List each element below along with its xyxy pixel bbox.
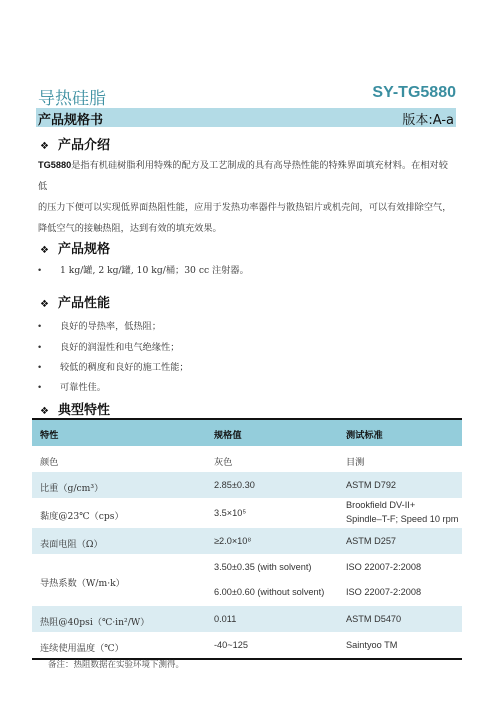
section-intro-heading: ❖产品介绍 — [40, 134, 110, 153]
product-title: 导热硅脂 — [38, 84, 106, 109]
list-item: •1 kg/罐, 2 kg/罐, 10 kg/桶；30 cc 注射器。 — [38, 262, 249, 276]
diamond-bullet-icon: ❖ — [40, 406, 52, 417]
list-item: •良好的导热率，低热阻； — [38, 318, 161, 332]
list-item: •良好的润湿性和电气绝缘性； — [38, 339, 179, 353]
cell-property: 表面电阻（Ω） — [40, 536, 103, 550]
cell-standard: Spindle–T-F; Speed 10 rpm — [346, 514, 458, 524]
cell-standard: 目测 — [346, 454, 364, 468]
properties-table: 特性 规格值 测试标准 颜色 灰色 目测 比重（g/cm³） 2.85±0.30… — [32, 418, 462, 660]
product-code: SY-TG5880 — [372, 84, 456, 102]
section-performance-heading: ❖产品性能 — [40, 292, 110, 311]
cell-standard: Brookfield DV-II+ — [346, 500, 415, 510]
cell-property: 导热系数（W/m·k） — [40, 575, 125, 589]
intro-paragraph: TG5880是指有机硅树脂利用特殊的配方及工艺制成的具有高导热性能的特殊界面填充… — [38, 155, 456, 239]
section-title: 产品性能 — [58, 296, 110, 311]
bullet-icon: • — [38, 342, 60, 352]
cell-property: 颜色 — [40, 454, 58, 468]
cell-value: 3.50±0.35 (with solvent) — [214, 562, 311, 572]
title-row: 导热硅脂 SY-TG5880 — [36, 84, 456, 106]
diamond-bullet-icon: ❖ — [40, 299, 52, 310]
list-item-text: 良好的润湿性和电气绝缘性； — [60, 342, 179, 353]
intro-line: 降低空气的接触热阻，达到有效的填充效果。 — [38, 218, 456, 239]
cell-value: 0.011 — [214, 614, 236, 624]
header-standard: 测试标准 — [346, 427, 383, 441]
list-item-text: 良好的导热率，低热阻； — [60, 321, 161, 332]
cell-property: 比重（g/cm³） — [40, 480, 103, 494]
list-item-text: 较低的稠度和良好的施工性能； — [60, 362, 189, 373]
bullet-icon: • — [38, 382, 60, 392]
cell-standard: ASTM D257 — [346, 536, 396, 546]
section-title: 产品介绍 — [58, 138, 110, 153]
diamond-bullet-icon: ❖ — [40, 141, 52, 152]
table-row: 热阻@40psi（℃·in²/W） 0.011 ASTM D5470 — [32, 606, 462, 632]
bullet-icon: • — [38, 265, 60, 275]
intro-line: 是指有机硅树脂利用特殊的配方及工艺制成的具有高导热性能的特殊界面填充材料。在相对… — [38, 160, 448, 192]
cell-standard: Saintyoo TM — [346, 640, 397, 650]
cell-property: 黏度@23℃（cps） — [40, 508, 124, 522]
table-header-row: 特性 规格值 测试标准 — [32, 420, 462, 446]
intro-line: 的压力下便可以实现低界面热阻性能，应用于发热功率器件与散热铝片或机壳间，可以有效… — [38, 197, 456, 218]
cell-standard: ISO 22007-2:2008 — [346, 587, 421, 597]
cell-value: 6.00±0.60 (without solvent) — [214, 587, 324, 597]
header-property: 特性 — [40, 427, 58, 441]
cell-property: 热阻@40psi（℃·in²/W） — [40, 614, 149, 628]
table-row: 连续使用温度（℃） -40~125 Saintyoo TM — [32, 632, 462, 658]
bullet-icon: • — [38, 321, 60, 331]
cell-property: 连续使用温度（℃） — [40, 640, 124, 654]
cell-value: -40~125 — [214, 640, 248, 650]
list-item: •可靠性佳。 — [38, 379, 106, 393]
product-model: TG5880 — [38, 160, 71, 170]
bullet-icon: • — [38, 362, 60, 372]
table-row: 导热系数（W/m·k） 3.50±0.35 (with solvent) ISO… — [32, 554, 462, 606]
table-row: 颜色 灰色 目测 — [32, 446, 462, 472]
list-item: •较低的稠度和良好的施工性能； — [38, 359, 189, 373]
section-spec-heading: ❖产品规格 — [40, 238, 110, 257]
section-title: 典型特性 — [58, 403, 110, 418]
section-title: 产品规格 — [58, 242, 110, 257]
cell-value: 灰色 — [214, 454, 232, 468]
cell-value: ≥2.0×10⁸ — [214, 536, 251, 546]
table-row: 黏度@23℃（cps） 3.5×10⁵ Brookfield DV-II+ Sp… — [32, 498, 462, 528]
list-item-text: 1 kg/罐, 2 kg/罐, 10 kg/桶；30 cc 注射器。 — [60, 265, 249, 276]
header-value: 规格值 — [214, 427, 242, 441]
diamond-bullet-icon: ❖ — [40, 245, 52, 256]
cell-value: 2.85±0.30 — [214, 480, 255, 490]
spec-bar: 产品规格书 版本:A-a — [36, 108, 456, 127]
cell-value: 3.5×10⁵ — [214, 508, 246, 518]
table-row: 比重（g/cm³） 2.85±0.30 ASTM D792 — [32, 472, 462, 498]
cell-standard: ISO 22007-2:2008 — [346, 562, 421, 572]
cell-standard: ASTM D5470 — [346, 614, 401, 624]
table-note: 备注：热阻数据在实验环境下测得。 — [48, 658, 184, 670]
version-label: 版本:A-a — [402, 109, 454, 128]
table-row: 表面电阻（Ω） ≥2.0×10⁸ ASTM D257 — [32, 528, 462, 554]
doc-type: 产品规格书 — [38, 109, 103, 128]
list-item-text: 可靠性佳。 — [60, 382, 106, 393]
cell-standard: ASTM D792 — [346, 480, 396, 490]
section-typical-heading: ❖典型特性 — [40, 399, 110, 418]
